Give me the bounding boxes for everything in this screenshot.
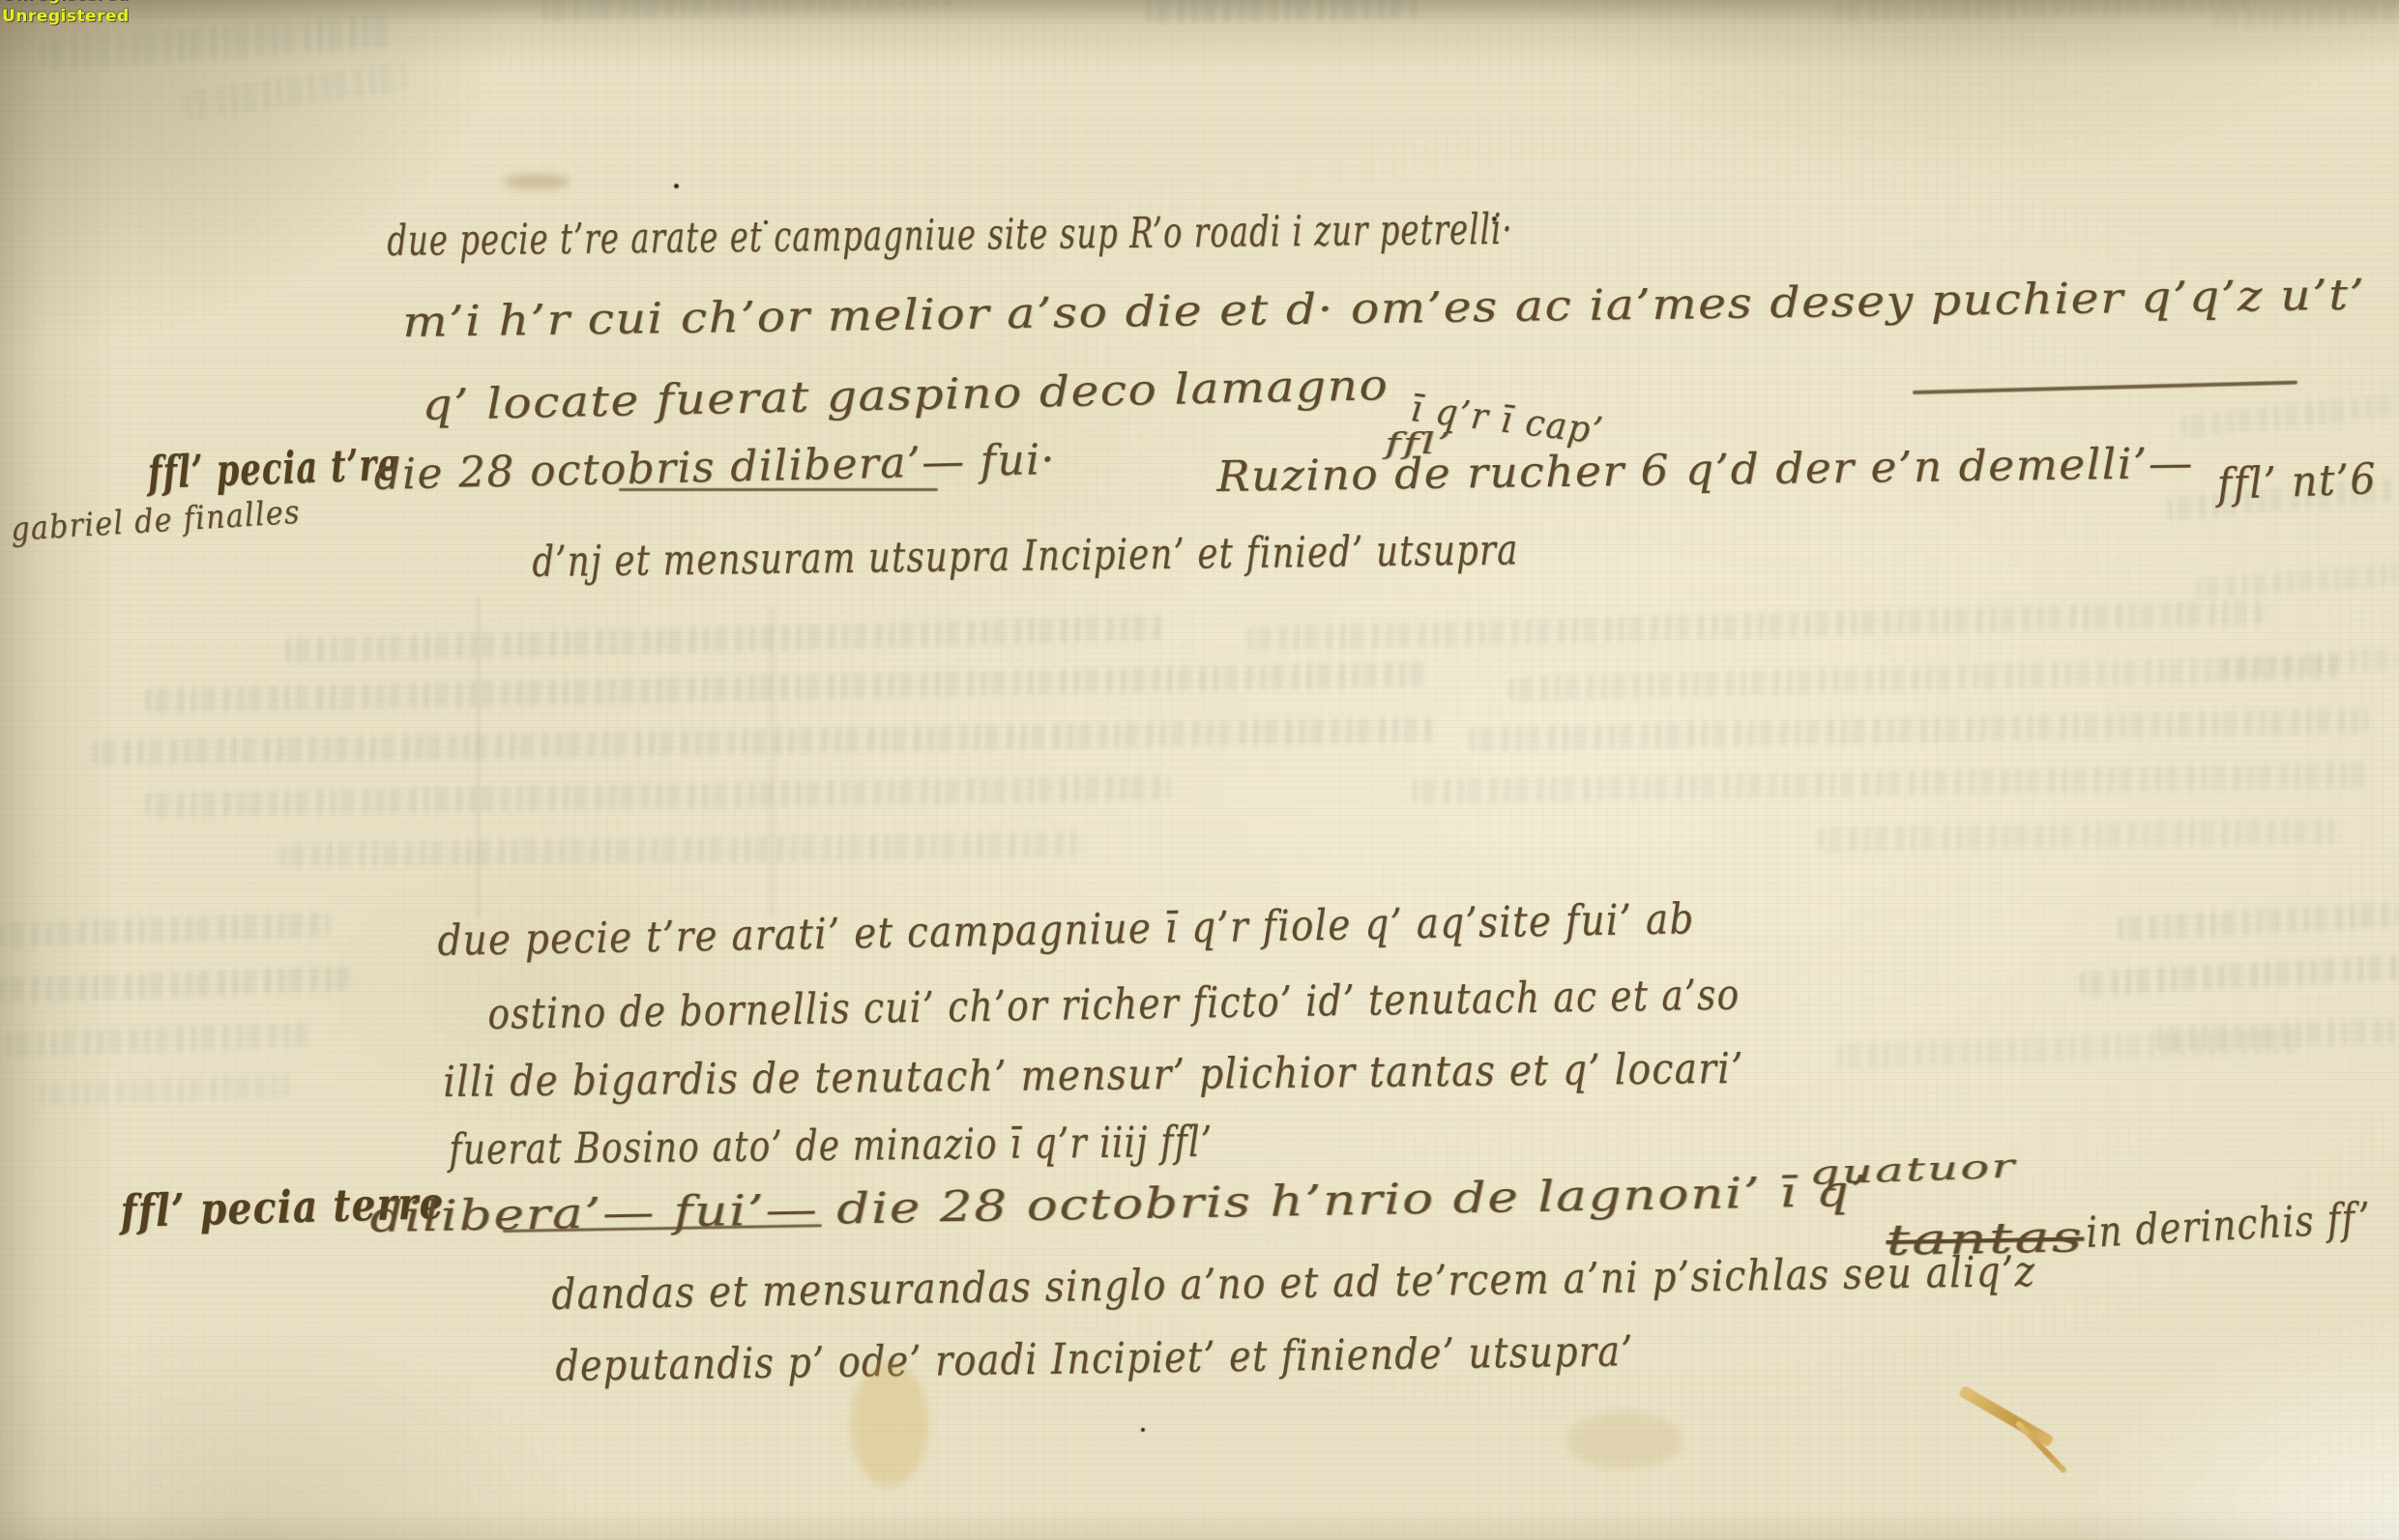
bleedthrough-line	[2156, 1018, 2399, 1052]
bleedthrough-line	[280, 831, 1083, 868]
straw-fiber	[1958, 1385, 2055, 1447]
bleedthrough-line	[184, 61, 408, 121]
manuscript-line: in derinchis ff’	[2085, 1194, 2372, 1258]
bleedthrough-line	[1247, 600, 2263, 652]
manuscript-line: ffl’ nt’6	[2216, 454, 2378, 509]
paper-stain	[851, 1361, 928, 1487]
bleedthrough-line	[2118, 902, 2399, 942]
bleedthrough-line	[1837, 0, 2254, 23]
bleedthrough-line	[39, 1074, 291, 1106]
manuscript-line: ostino de bornellis cui’ ch’or richer fi…	[487, 971, 1741, 1039]
manuscript-line: deputandis p’ ode’ roadi Incipiet’ et fi…	[555, 1326, 1634, 1391]
bleedthrough-line	[541, 0, 958, 21]
ink-speck	[674, 184, 679, 189]
manuscript-line: fuerat Bosino ato’ de minazio ī q’r iiij…	[449, 1118, 1214, 1175]
paper-crease	[477, 597, 480, 916]
manuscript-line: gabriel de finalles	[10, 493, 302, 549]
ink-speck	[1141, 1428, 1145, 1432]
bleedthrough-line	[145, 661, 1431, 713]
paper-stain	[1566, 1411, 1682, 1469]
ink-speck	[764, 220, 768, 224]
bleedthrough-line	[1818, 819, 2340, 853]
manuscript-line: ffl’ pecia t’re	[147, 438, 400, 499]
ink-stroke	[619, 488, 938, 491]
manuscript-line: q’ locate fuerat gaspino deco lamagno	[422, 361, 1390, 430]
manuscript-line: d’nj et mensuram utsupra Incipien’ et fi…	[532, 526, 1519, 587]
bleedthrough-line	[2180, 392, 2399, 438]
manuscript-line: dandas et mensurandas singlo a’no et ad …	[551, 1247, 2036, 1320]
bleedthrough-line	[145, 775, 1170, 818]
bleedthrough-line	[1412, 763, 2369, 804]
bleedthrough-line	[2195, 564, 2399, 599]
ink-speck	[1492, 217, 1497, 221]
manuscript-line: Ruzino de rucher 6 q’d der e’n demelli’—	[1216, 439, 2194, 502]
straw-fiber	[2015, 1420, 2067, 1474]
bleedthrough-line	[1508, 654, 2340, 702]
bleedthrough-line	[285, 615, 1165, 663]
ink-stroke	[1913, 381, 2297, 394]
bleedthrough-line	[92, 717, 1436, 766]
manuscript-line: due pecie t’re arate et campagniue site …	[387, 205, 1513, 266]
bleedthrough-line	[0, 966, 359, 1003]
watermark-text: Unregistered	[2, 7, 130, 26]
bleedthrough-line	[2079, 955, 2399, 997]
paper-crease	[771, 607, 774, 916]
bleedthrough-line	[2224, 649, 2399, 679]
paper-stain	[503, 174, 570, 189]
bleedthrough-line	[1146, 0, 1417, 23]
manuscript-line: quatuor	[1808, 1148, 2017, 1193]
manuscript-line: m’i h’r cui ch’or melior a’so die et d· …	[402, 271, 2366, 347]
bleedthrough-line	[5, 1022, 315, 1058]
bleedthrough-line	[1837, 1028, 2302, 1069]
bleedthrough-line	[0, 912, 330, 948]
manuscript-line: illi de bigardis de tenutach’ mensur’ pl…	[443, 1044, 1744, 1107]
manuscript-line: due pecie t’re arati’ et campagniue ī q’…	[437, 894, 1695, 966]
bleedthrough-line	[1470, 709, 2369, 752]
manuscript-page: due pecie t’re arate et campagniue site …	[0, 0, 2399, 1540]
scanner-watermark: Unregistered Unregistered	[0, 0, 145, 29]
watermark-text-clipped: Unregistered	[2, 0, 130, 5]
bleedthrough-line	[2214, 3, 2399, 29]
